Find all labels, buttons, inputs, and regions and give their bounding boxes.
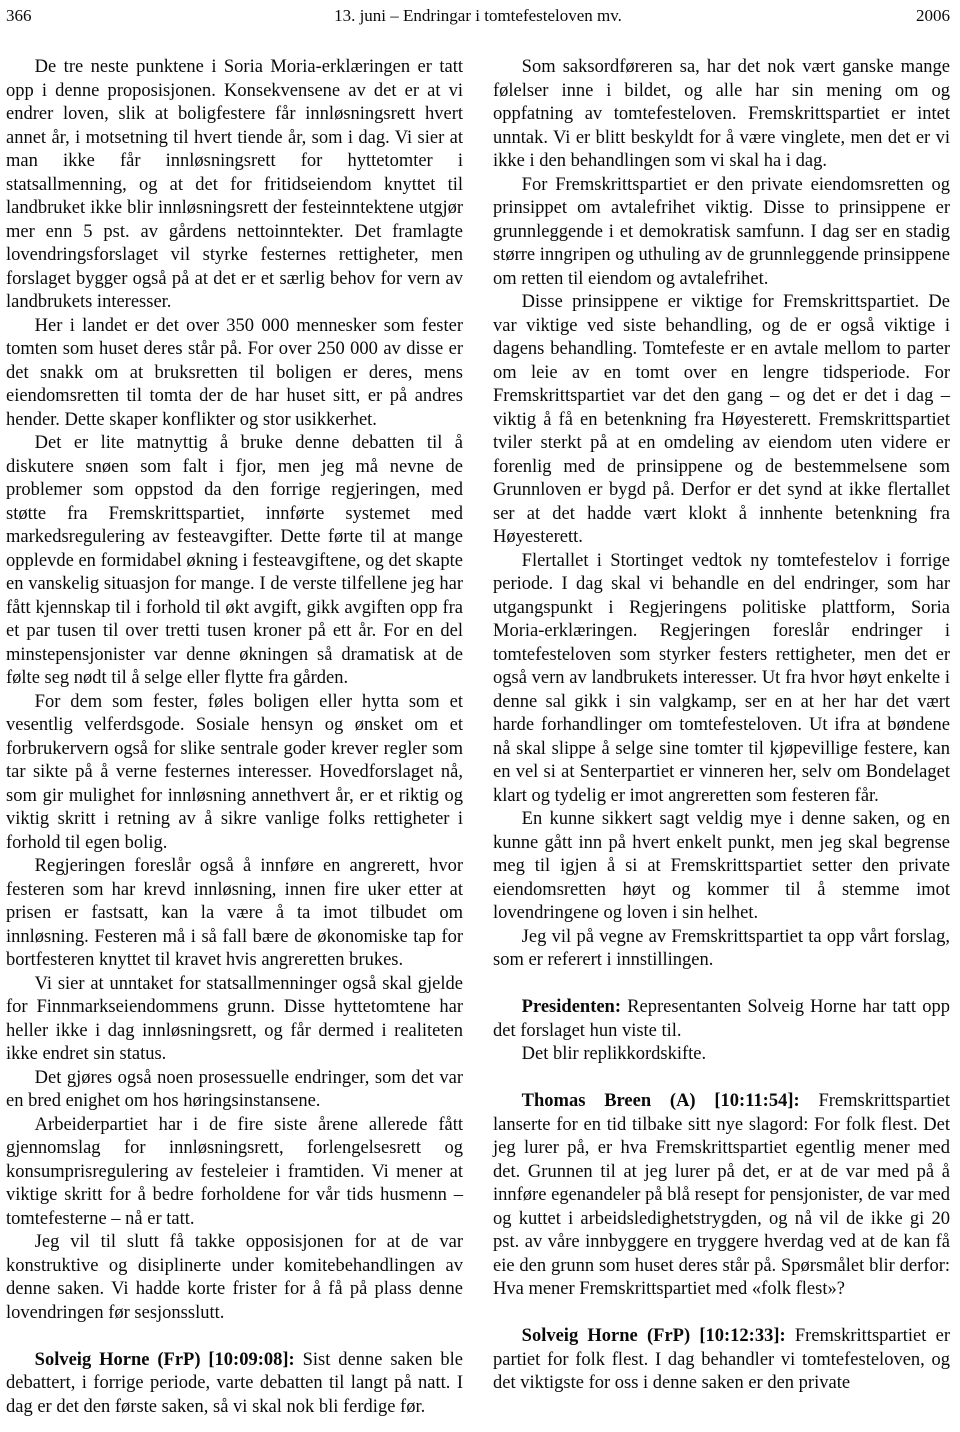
speaker-label: Thomas Breen (A) [10:11:54]: (522, 1091, 800, 1111)
speaker-label: Solveig Horne (FrP) [10:12:33]: (522, 1326, 786, 1346)
two-column-text: De tre neste punktene i Soria Moria-erkl… (6, 56, 950, 1419)
paragraph: Flertallet i Stortinget vedtok ny tomtef… (493, 550, 950, 809)
year-label: 2006 (916, 6, 950, 26)
paragraph: Det blir replikkordskifte. (493, 1043, 950, 1067)
right-column: Som saksordføreren sa, har det nok vært … (493, 56, 950, 1419)
speech-text: Fremskrittspartiet lanserte for en tid t… (493, 1091, 950, 1299)
paragraph: Regjeringen foreslår også å innføre en a… (6, 855, 463, 973)
running-header: 366 13. juni – Endringar i tomtefestelov… (6, 6, 950, 28)
paragraph: Disse prinsippene er viktige for Fremskr… (493, 291, 950, 550)
speech-paragraph: Solveig Horne (FrP) [10:12:33]: Fremskri… (493, 1325, 950, 1396)
paragraph: For Fremskrittspartiet er den private ei… (493, 174, 950, 292)
speaker-label: Presidenten: (522, 997, 621, 1017)
paragraph: Vi sier at unntaket for statsallmenninge… (6, 973, 463, 1067)
paragraph: Det gjøres også noen prosessuelle endrin… (6, 1067, 463, 1114)
paragraph: Arbeiderpartiet har i de fire siste åren… (6, 1114, 463, 1232)
paragraph: Jeg vil til slutt få takke opposisjonen … (6, 1231, 463, 1325)
running-title: 13. juni – Endringar i tomtefesteloven m… (6, 6, 950, 26)
left-column: De tre neste punktene i Soria Moria-erkl… (6, 56, 463, 1419)
paragraph: Det er lite matnyttig å bruke denne deba… (6, 432, 463, 691)
paragraph: En kunne sikkert sagt veldig mye i denne… (493, 808, 950, 926)
paragraph: For dem som fester, føles boligen eller … (6, 691, 463, 856)
speech-paragraph: Presidenten: Representanten Solveig Horn… (493, 996, 950, 1043)
document-page: 366 13. juni – Endringar i tomtefestelov… (0, 0, 960, 1432)
speech-paragraph: Thomas Breen (A) [10:11:54]: Fremskritts… (493, 1090, 950, 1302)
speech-paragraph: Solveig Horne (FrP) [10:09:08]: Sist den… (6, 1349, 463, 1420)
speaker-label: Solveig Horne (FrP) [10:09:08]: (35, 1350, 295, 1370)
paragraph: Som saksordføreren sa, har det nok vært … (493, 56, 950, 174)
paragraph: Jeg vil på vegne av Fremskrittspartiet t… (493, 926, 950, 973)
paragraph: De tre neste punktene i Soria Moria-erkl… (6, 56, 463, 315)
paragraph: Her i landet er det over 350 000 mennesk… (6, 315, 463, 433)
